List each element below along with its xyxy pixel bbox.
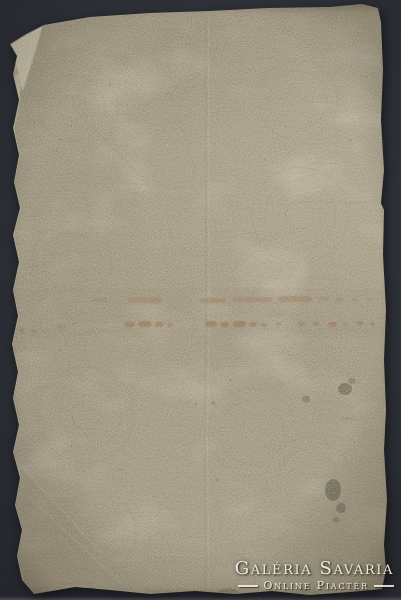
photo-frame: Galéria Savaria Online Piactér: [0, 0, 401, 600]
watermark-badge: Galéria Savaria Online Piactér: [235, 560, 394, 591]
watermark-title: Galéria Savaria: [235, 560, 394, 578]
watermark-line-right-icon: [374, 585, 394, 587]
vignette-layer: [0, 0, 401, 600]
banknote-paper-wrapper: [0, 0, 401, 600]
watermark-subtitle-text: Online Piactér: [263, 580, 369, 591]
watermark-subtitle: Online Piactér: [235, 580, 394, 591]
banknote-paper: [0, 0, 401, 600]
watermark-line-left-icon: [238, 585, 258, 587]
paper-texture-layer: [0, 0, 401, 600]
